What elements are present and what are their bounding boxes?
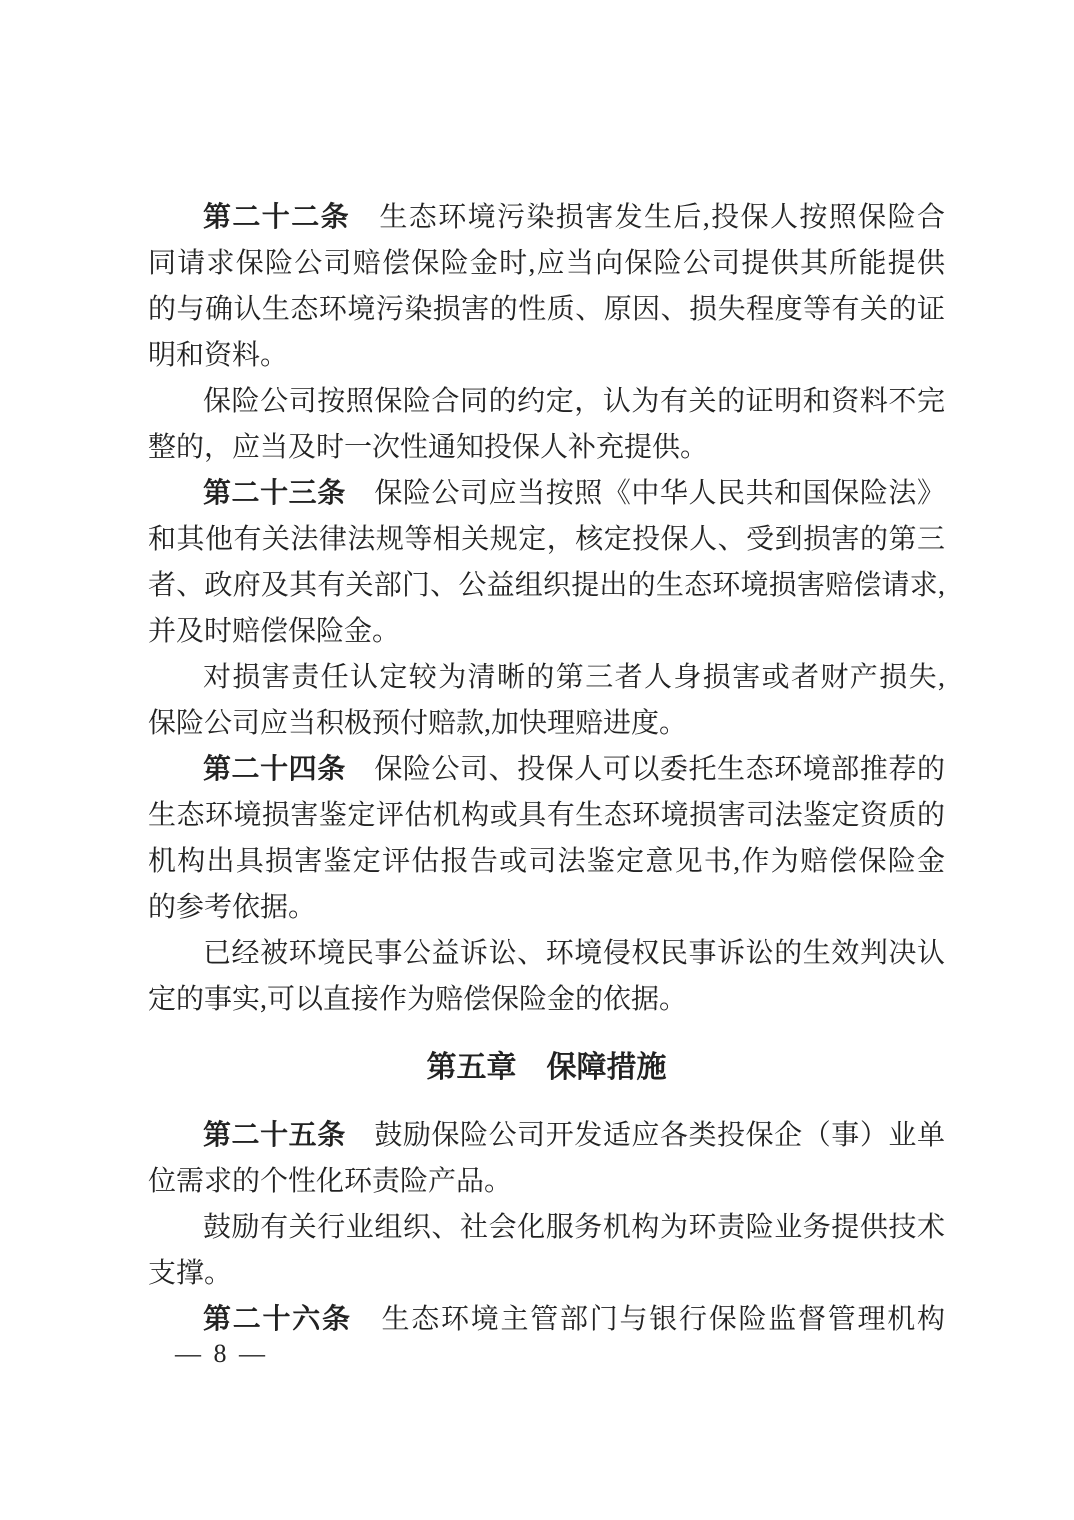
line-text: 保险公司应当积极预付赔款,加快理赔进度。 (148, 708, 687, 739)
line-text: 并及时赔偿保险金。 (148, 616, 400, 647)
line-text: 保险公司按照保险合同的约定，认为有关的证明和资料不完 (203, 386, 945, 417)
line-text: 者、政府及其有关部门、公益组织提出的生态环境损害赔偿请求, (148, 570, 945, 601)
line-text: 生态环境损害鉴定评估机构或具有生态环境损害司法鉴定资质的 (148, 800, 945, 831)
line-text: 支撑。 (148, 1258, 232, 1289)
line-text: 位需求的个性化环责险产品。 (148, 1166, 512, 1197)
text-line: 者、政府及其有关部门、公益组织提出的生态环境损害赔偿请求, (148, 563, 945, 609)
text-line: 并及时赔偿保险金。 (148, 609, 945, 655)
line-text: 明和资料。 (148, 340, 288, 371)
text-line: 机构出具损害鉴定评估报告或司法鉴定意见书,作为赔偿保险金 (148, 839, 945, 885)
text-line: 已经被环境民事公益诉讼、环境侵权民事诉讼的生效判决认 (148, 931, 945, 977)
line-text: 保险公司应当按照《中华人民共和国保险法》 (346, 478, 945, 509)
line-text: 生态环境污染损害发生后,投保人按照保险合 (350, 202, 945, 233)
line-text: 同请求保险公司赔偿保险金时,应当向保险公司提供其所能提供 (148, 248, 945, 279)
text-line: 保险公司按照保险合同的约定，认为有关的证明和资料不完 (148, 379, 945, 425)
text-line: 保险公司应当积极预付赔款,加快理赔进度。 (148, 701, 945, 747)
text-line: 第二十六条 生态环境主管部门与银行保险监督管理机构 (148, 1297, 945, 1343)
line-text: 鼓励保险公司开发适应各类投保企（事）业单 (346, 1120, 945, 1151)
text-line: 鼓励有关行业组织、社会化服务机构为环责险业务提供技术 (148, 1205, 945, 1251)
text-line: 第二十四条 保险公司、投保人可以委托生态环境部推荐的 (148, 747, 945, 793)
line-text: 对损害责任认定较为清晰的第三者人身损害或者财产损失, (203, 662, 945, 693)
article-number: 第二十五条 (203, 1120, 346, 1151)
text-line: 第二十五条 鼓励保险公司开发适应各类投保企（事）业单 (148, 1113, 945, 1159)
line-text: 机构出具损害鉴定评估报告或司法鉴定意见书,作为赔偿保险金 (148, 846, 945, 877)
text-line: 和其他有关法律法规等相关规定，核定投保人、受到损害的第三 (148, 517, 945, 563)
text-line: 位需求的个性化环责险产品。 (148, 1159, 945, 1205)
line-text: 定的事实,可以直接作为赔偿保险金的依据。 (148, 984, 687, 1015)
line-text: 鼓励有关行业组织、社会化服务机构为环责险业务提供技术 (203, 1212, 945, 1243)
chapter-heading: 第五章 保障措施 (148, 1045, 945, 1091)
text-line: 生态环境损害鉴定评估机构或具有生态环境损害司法鉴定资质的 (148, 793, 945, 839)
page-number: — 8 — (175, 1338, 268, 1370)
text-line: 的与确认生态环境污染损害的性质、原因、损失程度等有关的证 (148, 287, 945, 333)
text-line: 支撑。 (148, 1251, 945, 1297)
text-line: 整的，应当及时一次性通知投保人补充提供。 (148, 425, 945, 471)
text-line: 的参考依据。 (148, 885, 945, 931)
text-line: 第二十二条 生态环境污染损害发生后,投保人按照保险合 (148, 195, 945, 241)
line-text: 的与确认生态环境污染损害的性质、原因、损失程度等有关的证 (148, 294, 945, 325)
text-line: 对损害责任认定较为清晰的第三者人身损害或者财产损失, (148, 655, 945, 701)
document-body: 第二十二条 生态环境污染损害发生后,投保人按照保险合同请求保险公司赔偿保险金时,… (148, 195, 945, 1343)
line-text: 保险公司、投保人可以委托生态环境部推荐的 (346, 754, 945, 785)
line-text: 已经被环境民事公益诉讼、环境侵权民事诉讼的生效判决认 (203, 938, 945, 969)
text-line: 定的事实,可以直接作为赔偿保险金的依据。 (148, 977, 945, 1023)
line-text: 整的，应当及时一次性通知投保人补充提供。 (148, 432, 708, 463)
article-number: 第二十六条 (203, 1304, 352, 1335)
text-line: 同请求保险公司赔偿保险金时,应当向保险公司提供其所能提供 (148, 241, 945, 287)
line-text: 和其他有关法律法规等相关规定，核定投保人、受到损害的第三 (148, 524, 945, 555)
article-number: 第二十四条 (203, 754, 346, 785)
text-line: 明和资料。 (148, 333, 945, 379)
article-number: 第二十二条 (203, 202, 350, 233)
document-page: 第二十二条 生态环境污染损害发生后,投保人按照保险合同请求保险公司赔偿保险金时,… (0, 0, 1074, 1520)
line-text: 的参考依据。 (148, 892, 316, 923)
chapter-heading-text: 第五章 保障措施 (427, 1051, 667, 1084)
article-number: 第二十三条 (203, 478, 346, 509)
line-text: 生态环境主管部门与银行保险监督管理机构 (352, 1304, 945, 1335)
text-line: 第二十三条 保险公司应当按照《中华人民共和国保险法》 (148, 471, 945, 517)
